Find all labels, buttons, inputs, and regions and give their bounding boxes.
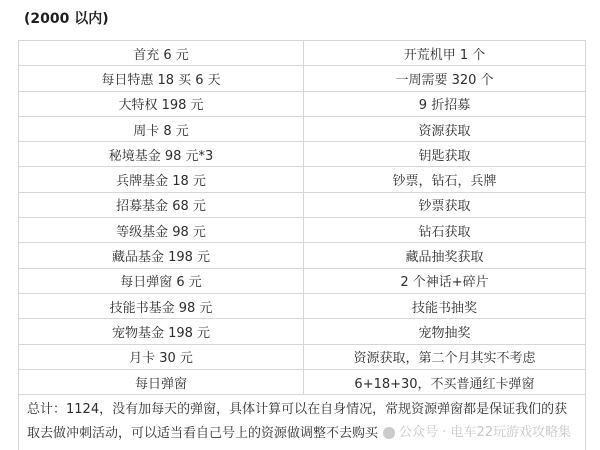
note-cell: 钻石获取	[304, 218, 586, 243]
note-cell: 钥匙获取	[304, 142, 586, 167]
table-row: 技能书基金 98 元 技能书抽奖	[19, 293, 586, 318]
note-cell: 一周需要 320 个	[304, 66, 586, 91]
table-footer-row: 总计：1124，没有加每天的弹窗，具体计算可以在自身情况，常规资源弹窗都是保证我…	[19, 395, 586, 450]
table-row: 等级基金 98 元 钻石获取	[19, 218, 586, 243]
table-row: 每日弹窗 6+18+30，不买普通红卡弹窗	[19, 369, 586, 394]
item-cell: 首充 6 元	[19, 41, 304, 66]
purchase-table: 首充 6 元 开荒机甲 1 个 每日特惠 18 买 6 天 一周需要 320 个…	[18, 40, 586, 450]
note-cell: 资源获取	[304, 116, 586, 141]
note-cell: 资源获取，第二个月其实不考虑	[304, 344, 586, 369]
item-cell: 兵牌基金 18 元	[19, 167, 304, 192]
watermark: 公众号 · 电车22玩游戏攻略集	[383, 421, 571, 445]
summary-cell: 总计：1124，没有加每天的弹窗，具体计算可以在自身情况，常规资源弹窗都是保证我…	[19, 395, 586, 450]
item-cell: 周卡 8 元	[19, 116, 304, 141]
item-cell: 每日特惠 18 买 6 天	[19, 66, 304, 91]
note-cell: 钞票，钻石，兵牌	[304, 167, 586, 192]
item-cell: 等级基金 98 元	[19, 218, 304, 243]
table-row: 首充 6 元 开荒机甲 1 个	[19, 41, 586, 66]
table-row: 招募基金 68 元 钞票获取	[19, 192, 586, 217]
note-cell: 9 折招募	[304, 91, 586, 116]
summary-text: 总计：1124，没有加每天的弹窗，具体计算可以在自身情况，常规资源弹窗都是保证我…	[27, 402, 567, 441]
note-cell: 开荒机甲 1 个	[304, 41, 586, 66]
note-cell: 6+18+30，不买普通红卡弹窗	[304, 369, 586, 394]
note-cell: 藏品抽奖获取	[304, 243, 586, 268]
note-cell: 宠物抽奖	[304, 319, 586, 344]
table-row: 藏品基金 198 元 藏品抽奖获取	[19, 243, 586, 268]
wechat-icon	[383, 427, 395, 439]
item-cell: 秘境基金 98 元*3	[19, 142, 304, 167]
table-row: 秘境基金 98 元*3 钥匙获取	[19, 142, 586, 167]
table-row: 宠物基金 198 元 宠物抽奖	[19, 319, 586, 344]
table-row: 每日特惠 18 买 6 天 一周需要 320 个	[19, 66, 586, 91]
table-row: 兵牌基金 18 元 钞票，钻石，兵牌	[19, 167, 586, 192]
note-cell: 2 个神话+碎片	[304, 268, 586, 293]
section-heading: (2000 以内)	[24, 8, 109, 28]
watermark-text: 公众号 · 电车22玩游戏攻略集	[399, 421, 571, 445]
item-cell: 每日弹窗 6 元	[19, 268, 304, 293]
item-cell: 招募基金 68 元	[19, 192, 304, 217]
note-cell: 技能书抽奖	[304, 293, 586, 318]
table-row: 大特权 198 元 9 折招募	[19, 91, 586, 116]
note-cell: 钞票获取	[304, 192, 586, 217]
item-cell: 大特权 198 元	[19, 91, 304, 116]
table-row: 周卡 8 元 资源获取	[19, 116, 586, 141]
item-cell: 宠物基金 198 元	[19, 319, 304, 344]
item-cell: 藏品基金 198 元	[19, 243, 304, 268]
item-cell: 每日弹窗	[19, 369, 304, 394]
table-row: 每日弹窗 6 元 2 个神话+碎片	[19, 268, 586, 293]
item-cell: 月卡 30 元	[19, 344, 304, 369]
item-cell: 技能书基金 98 元	[19, 293, 304, 318]
table-row: 月卡 30 元 资源获取，第二个月其实不考虑	[19, 344, 586, 369]
